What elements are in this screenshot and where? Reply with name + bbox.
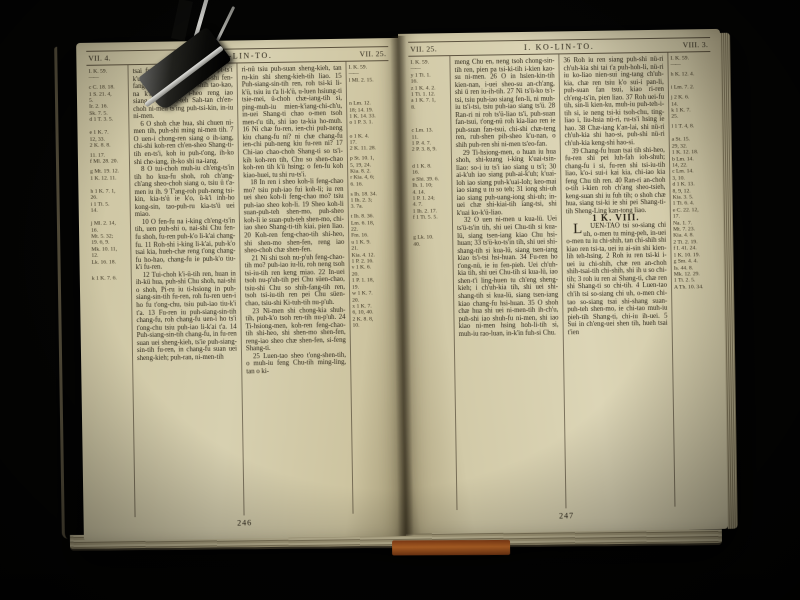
book-cover-edge [392, 540, 510, 556]
marginalia-outer-left: I. K. 59.——c C. 18. 18.1 S. 21. 4,5.Ir. … [86, 65, 135, 518]
left-page: VII. 4. I. KO-LIN-TO. VII. 25. I. K. 59.… [76, 38, 406, 541]
text-column-1: meng Chu en, neng tsoh chong-sin-tih ren… [450, 54, 566, 510]
folio-ref-right: VII. 25. [344, 49, 386, 59]
text-column-2: 36 Roh iu ren siang puh-shi nü-ri ch'uh-… [559, 53, 675, 509]
page-number-left: 246 [94, 513, 396, 535]
verse-paragraphs: 36 Roh iu ren siang puh-shi nü-ri ch'uh-… [563, 56, 665, 216]
chapter-opening-paragraph: LUEN-TAO tsi so-siang chi uh, o-men tu m… [566, 222, 668, 337]
text-column-1: tsai fu-ren. 5 Fu-ts'i puh-k'o pi-ts'i k… [128, 63, 244, 517]
running-title: I. KO-LIN-TO. [452, 41, 666, 53]
text-column-2: ri-nü tsiu puh-suan sheng-kieh, tan ru-k… [237, 62, 353, 516]
folio-ref-left: VII. 4. [88, 53, 130, 63]
marginalia-inner-left: I. K. 59.——l Ml. 2. 15.n Lm. 12.18; 14. … [346, 61, 395, 514]
folio-ref-left: VII. 25. [410, 44, 452, 54]
marginalia-inner-right: I. K. 59.——y 1 Ti. 1.16.z 1 K. 4. 2.1 Ti… [408, 56, 457, 511]
right-page: VII. 25. I. KO-LIN-TO. VIII. 3. I. K. 59… [398, 29, 728, 534]
folio-ref-right: VIII. 3. [666, 40, 708, 50]
page-number-right: 247 [416, 506, 718, 528]
background-shadow [0, 558, 800, 600]
marginalia-outer-right: I. K. 59.——h K. 12. 4.i Lm. 7. 2.j 2 K. … [668, 52, 717, 507]
